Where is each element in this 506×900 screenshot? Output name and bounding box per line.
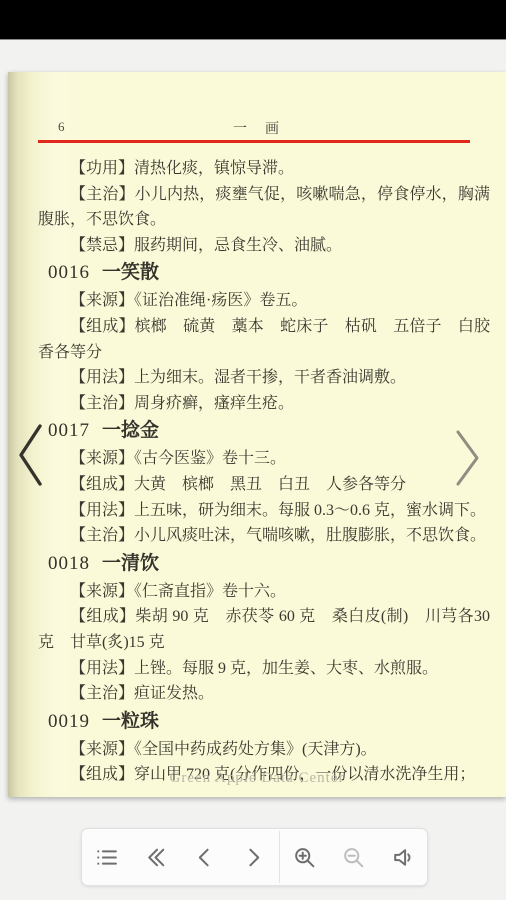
chevron-right-icon xyxy=(241,845,266,870)
zoom-out-button[interactable] xyxy=(329,829,378,885)
watermark: Green Apple Data Center xyxy=(8,770,506,787)
header-rule xyxy=(38,140,470,143)
zoom-in-icon xyxy=(292,845,317,870)
entry-paragraph: 【主治】周身疥癣，瘙痒生疮。 xyxy=(38,391,490,417)
next-page-button[interactable] xyxy=(229,829,278,885)
entry-title: 一清饮 xyxy=(102,553,159,574)
entry-paragraph: 【组成】槟榔 硫黄 藁本 蛇床子 枯矾 五倍子 白胶香各等分 xyxy=(38,314,490,365)
entry-paragraph: 【用法】上为细末。湿者干掺，干者香油调敷。 xyxy=(38,365,490,391)
entry-heading: 0016一笑散 xyxy=(48,259,490,287)
entry-paragraph: 【来源】《仁斋直指》卷十六。 xyxy=(38,579,490,605)
zoom-in-button[interactable] xyxy=(280,829,329,885)
entry-paragraph: 【主治】小儿内热，痰壅气促，咳嗽喘急，停食停水，胸满腹胀，不思饮食。 xyxy=(38,182,490,233)
entry-title: 一粒珠 xyxy=(102,711,159,732)
entry-title: 一捻金 xyxy=(102,420,159,441)
page-header: 6 一 画 xyxy=(8,116,506,140)
reader-toolbar xyxy=(81,828,428,886)
chevron-left-icon xyxy=(14,420,48,490)
entry-paragraph: 【组成】大黄 槟榔 黑丑 白丑 人参各等分 xyxy=(38,472,490,498)
toc-button[interactable] xyxy=(82,829,131,885)
entry-paragraph: 【禁忌】服药期间，忌食生冷、油腻。 xyxy=(38,233,490,259)
entry-paragraph: 【主治】疸证发热。 xyxy=(38,681,490,707)
toolbar-nav-group xyxy=(82,829,279,885)
chevron-left-icon xyxy=(192,845,217,870)
prev-page-arrow[interactable] xyxy=(14,420,48,490)
entry-paragraph: 【功用】清热化痰，镇惊导滞。 xyxy=(38,156,490,182)
section-title: 一 画 xyxy=(8,118,506,138)
entry-paragraph: 【用法】上五味，研为细末。每服 0.3～0.6 克，蜜水调下。 xyxy=(38,498,490,524)
prev-page-button[interactable] xyxy=(180,829,229,885)
book-page: 6 一 画 【功用】清热化痰，镇惊导滞。【主治】小儿内热，痰壅气促，咳嗽喘急，停… xyxy=(8,72,506,797)
toolbar-view-group xyxy=(280,829,427,885)
entry-paragraph: 【来源】《全国中药成药处方集》(天津方)。 xyxy=(38,737,490,763)
zoom-out-icon xyxy=(341,845,366,870)
next-page-arrow[interactable] xyxy=(450,424,484,494)
list-icon xyxy=(94,845,119,870)
double-chevron-left-icon xyxy=(143,845,168,870)
entry-number: 0017 xyxy=(48,420,90,441)
entry-paragraph: 【用法】上锉。每服 9 克，加生姜、大枣、水煎服。 xyxy=(38,656,490,682)
chevron-right-icon xyxy=(450,424,484,494)
entry-title: 一笑散 xyxy=(102,262,159,283)
entry-heading: 0018一清饮 xyxy=(48,550,490,578)
entry-paragraph: 【来源】《古今医鉴》卷十三。 xyxy=(38,446,490,472)
entry-paragraph: 【主治】小儿风痰吐沫，气喘咳嗽，肚腹膨胀，不思饮食。 xyxy=(38,523,490,549)
audio-button[interactable] xyxy=(378,829,427,885)
first-page-button[interactable] xyxy=(131,829,180,885)
entry-heading: 0017一捻金 xyxy=(48,417,490,445)
page-content: 【功用】清热化痰，镇惊导滞。【主治】小儿内热，痰壅气促，咳嗽喘急，停食停水，胸满… xyxy=(38,156,490,788)
entry-number: 0018 xyxy=(48,553,90,574)
entry-paragraph: 【组成】柴胡 90 克 赤茯苓 60 克 桑白皮(制) 川芎各30 克 甘草(炙… xyxy=(38,604,490,655)
entry-number: 0016 xyxy=(48,262,90,283)
entry-number: 0019 xyxy=(48,711,90,732)
entry-paragraph: 【来源】《证治准绳·疡医》卷五。 xyxy=(38,288,490,314)
status-bar xyxy=(0,0,506,40)
speaker-icon xyxy=(390,845,415,870)
entry-heading: 0019一粒珠 xyxy=(48,708,490,736)
